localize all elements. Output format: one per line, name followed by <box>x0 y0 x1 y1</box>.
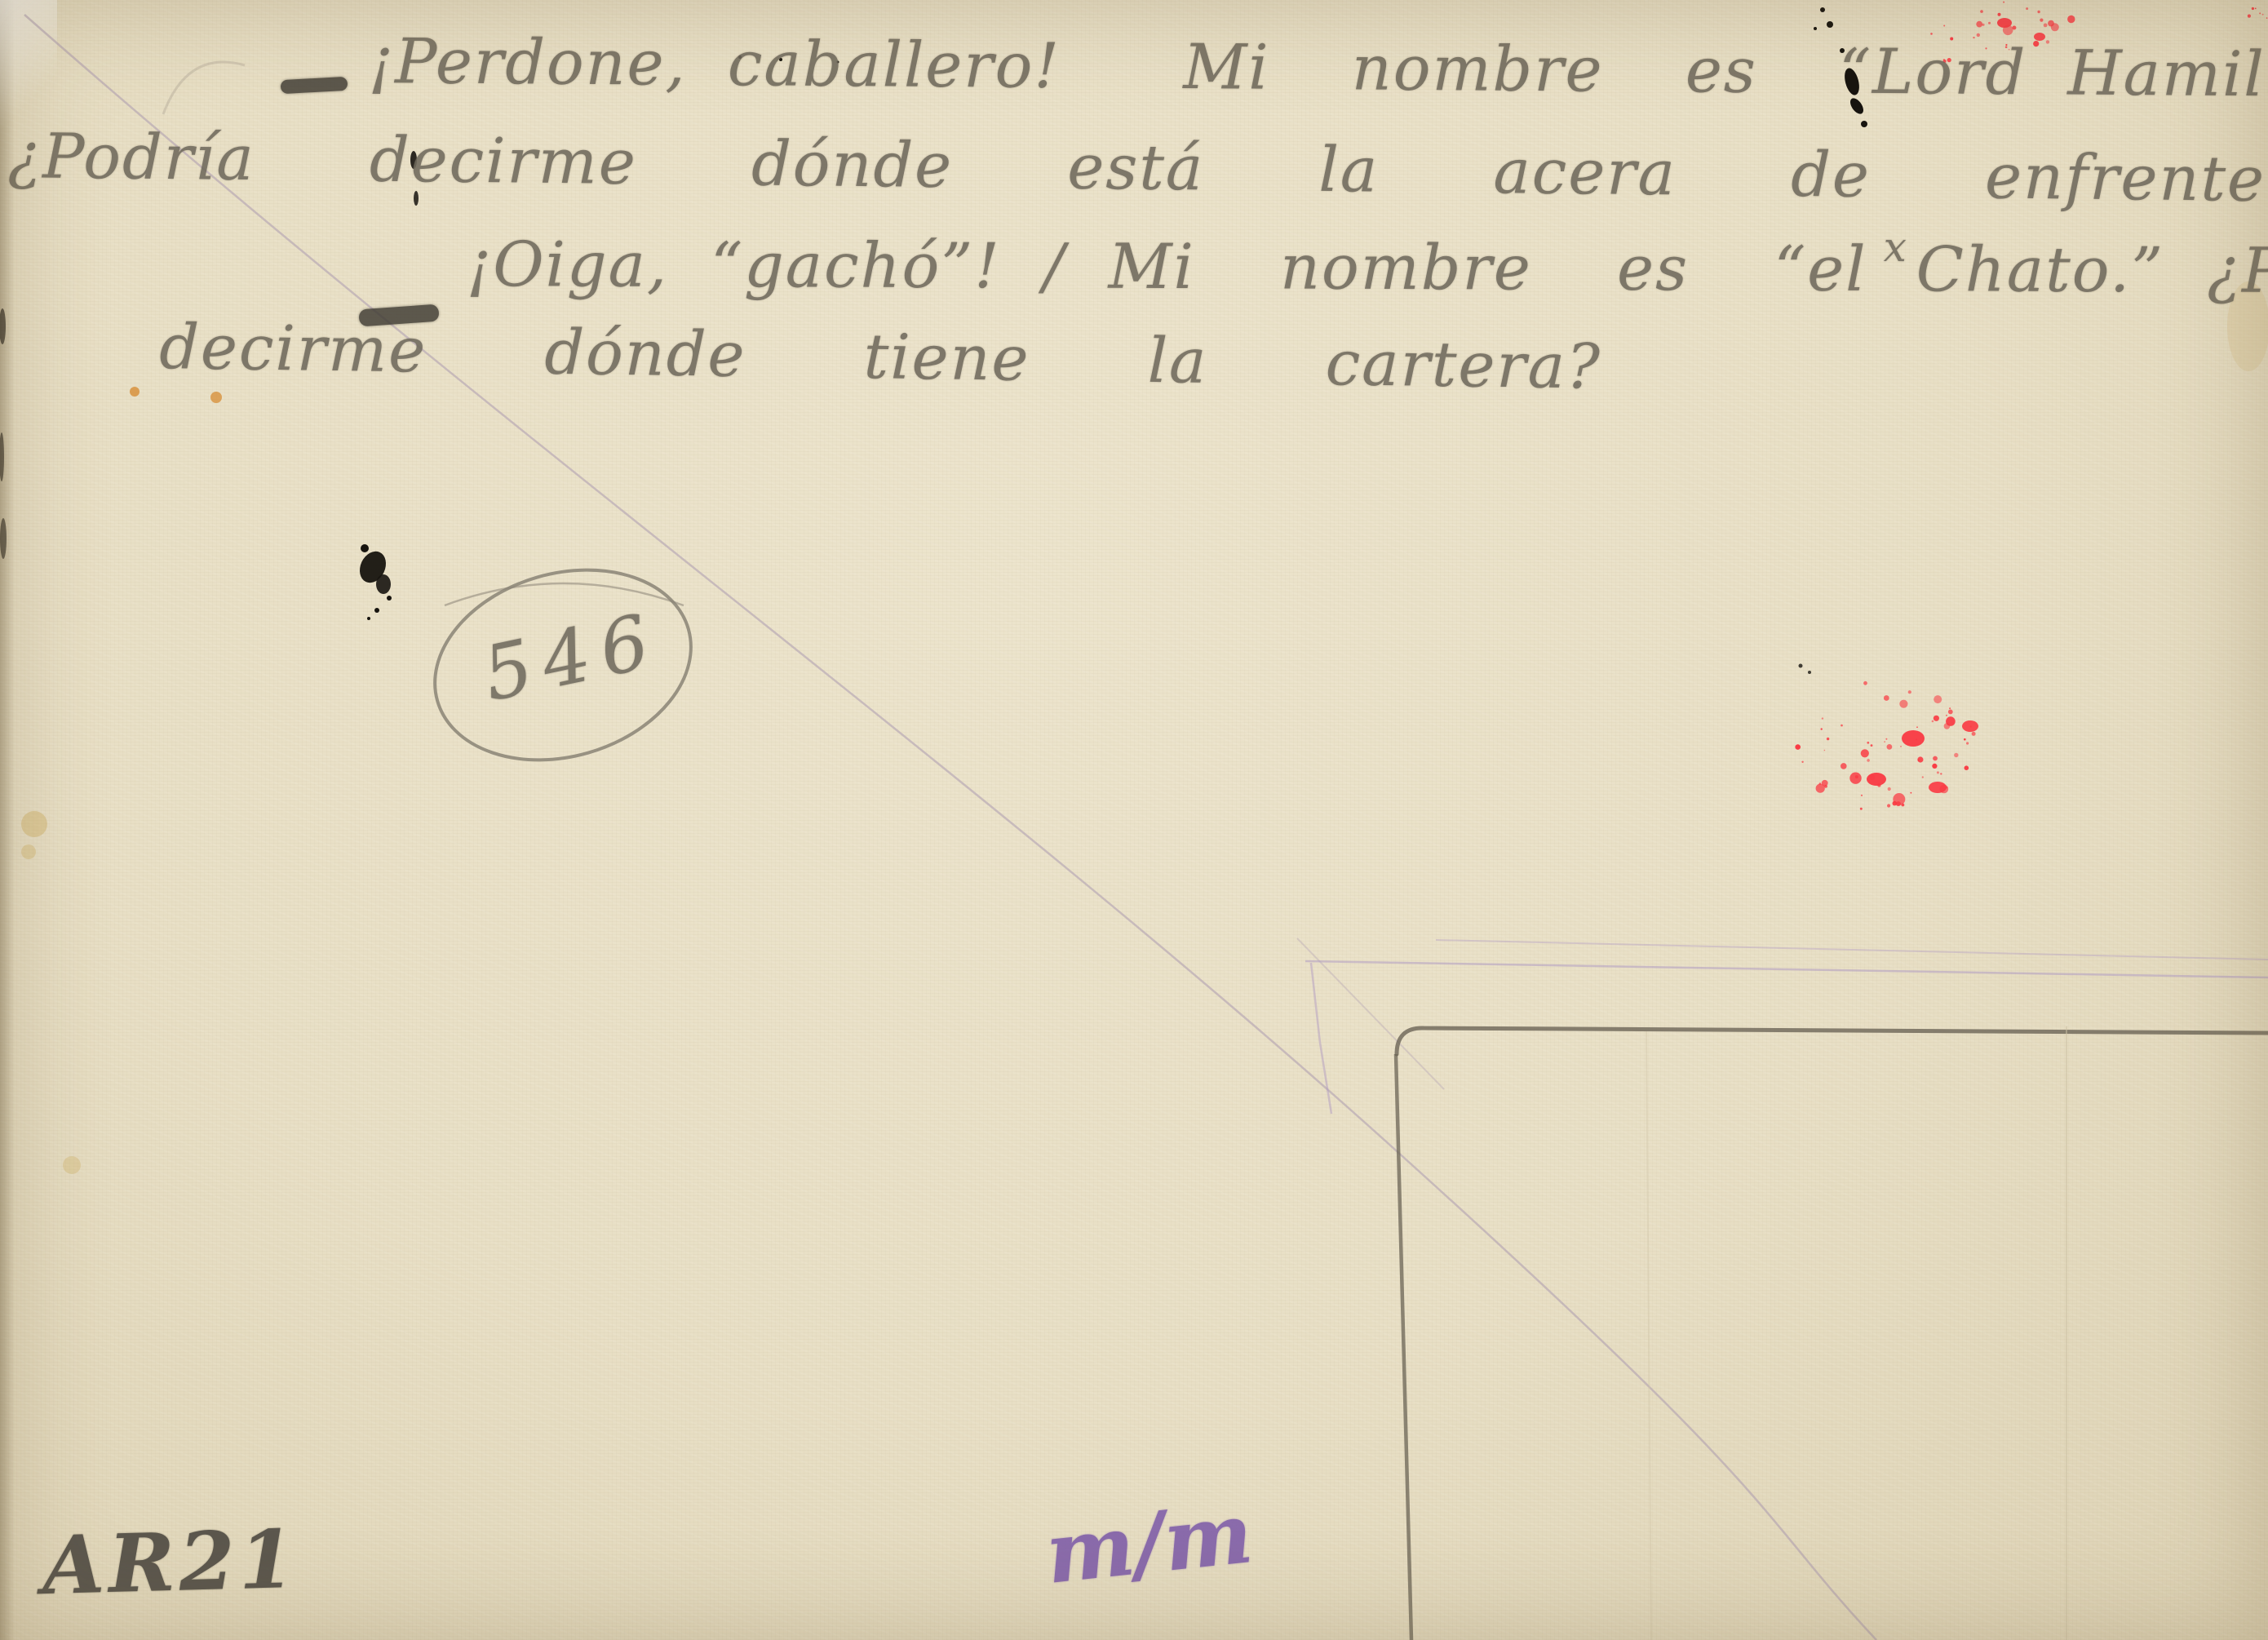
caption-line-3: ¡Oiga, “gachó”! / Mi nombre es “elxChato… <box>467 219 2268 308</box>
paper-left-edge-shadow <box>0 0 15 1640</box>
purple-guide-line-1 <box>1305 961 2268 977</box>
caption-line-2: ¿Podría decirme dónde está la acera de e… <box>7 119 2268 215</box>
circled-number-546: 546 <box>476 596 667 719</box>
purple-guide-line-vertical <box>1311 963 1331 1114</box>
x-correction-mark: x <box>1884 224 1907 271</box>
orange-speck-1 <box>130 387 140 397</box>
stain-group <box>21 281 2268 1174</box>
caption-line-3-before-x: ¡Oiga, “gachó”! / Mi nombre es “el <box>467 228 1867 305</box>
photo-corner-outline-top <box>1397 1028 2268 1054</box>
paper-corner-highlight <box>0 0 57 131</box>
caption-line-3-after-x: Chato.” ¿Podría <box>1916 233 2268 307</box>
archive-code: AR21 <box>42 1513 300 1613</box>
yellow-stain-1 <box>21 811 47 837</box>
photo-corner-outline-left <box>1396 1054 1411 1640</box>
purple-guide-line-2 <box>1436 940 2268 960</box>
yellow-stain-3 <box>63 1156 81 1174</box>
short-crease-line <box>1297 938 1444 1089</box>
orange-speck-2 <box>210 392 222 403</box>
caption-line-1: ¡Perdone, caballero! Mi nombre es “Lord … <box>368 24 2268 112</box>
yellow-stain-2 <box>21 844 36 859</box>
dash-stroke-line1 <box>281 77 348 94</box>
red-splatter-group <box>1795 2 2267 810</box>
caption-line-4: decirme dónde tiene la cartera? <box>159 310 1602 403</box>
vertical-crease-2 <box>1646 1031 1651 1640</box>
photo-card-back: ¡Perdone, caballero! Mi nombre es “Lord … <box>0 0 2268 1640</box>
purple-initials: m/m <box>1041 1484 1256 1603</box>
erased-pencil-arc <box>163 62 245 114</box>
